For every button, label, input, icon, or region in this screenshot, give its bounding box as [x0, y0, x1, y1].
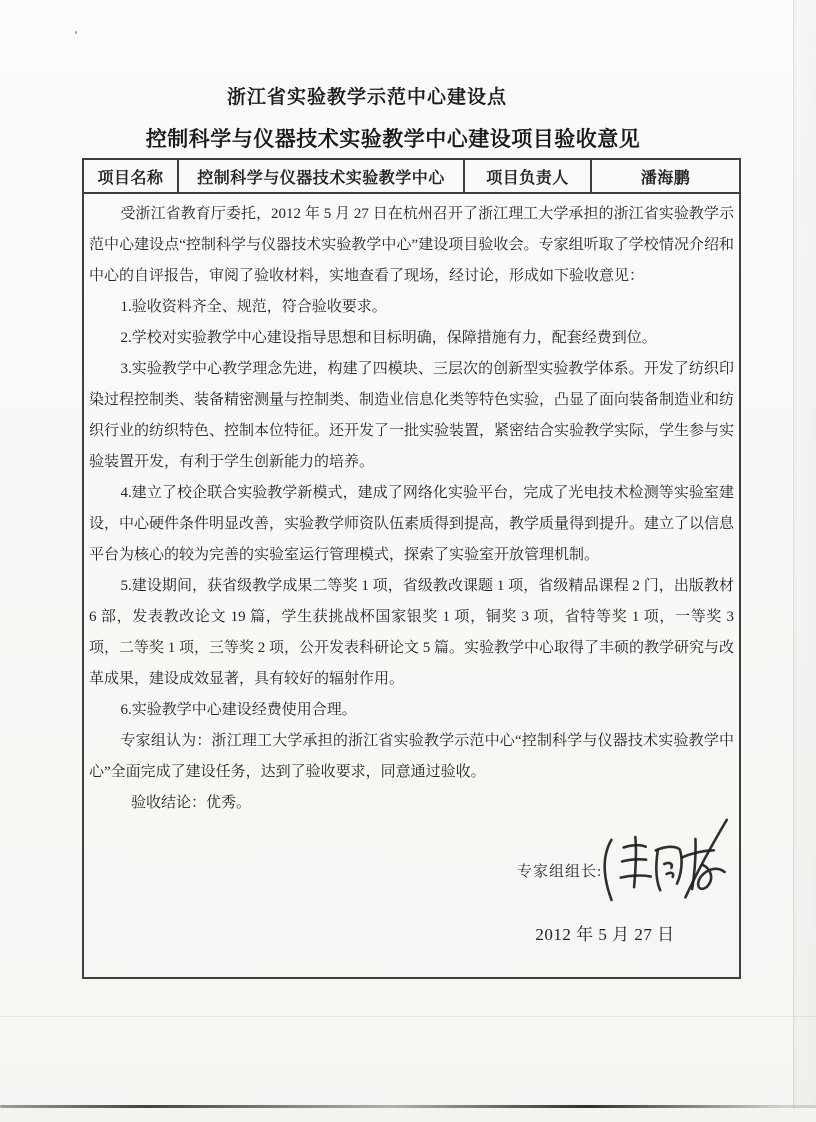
opinion-paragraph: 2.学校对实验教学中心建设指导思想和目标明确，保障措施有力，配套经费到位。 [89, 323, 734, 354]
opinion-paragraph: 专家组认为：浙江理工大学承担的浙江省实验教学示范中心“控制科学与仪器技术实验教学… [89, 726, 734, 788]
project-name-value: 控制科学与仪器技术实验教学中心 [178, 159, 464, 193]
project-leader-label: 项目负责人 [464, 159, 591, 193]
opinion-paragraph: 受浙江省教育厅委托，2012 年 5 月 27 日在杭州召开了浙江理工大学承担的… [89, 199, 734, 292]
scan-speck [75, 31, 77, 34]
date-line: 2012 年 5 月 27 日 [500, 920, 710, 945]
expert-group-leader-label: 专家组组长: [517, 860, 602, 881]
scanner-background-strip [0, 1108, 816, 1122]
opinion-paragraph: 3.实验教学中心教学理念先进，构建了四模块、三层次的创新型实验教学体系。开发了纺… [89, 354, 734, 478]
opinion-text-block: 受浙江省教育厅委托，2012 年 5 月 27 日在杭州召开了浙江理工大学承担的… [89, 199, 734, 819]
document-title-line2: 控制科学与仪器技术实验教学中心建设项目验收意见 [82, 123, 704, 153]
opinion-paragraph: 5.建设期间，获省级教学成果二等奖 1 项，省级教改课题 1 项，省级精品课程 … [89, 571, 734, 695]
opinion-paragraph: 6.实验教学中心建设经费使用合理。 [89, 695, 734, 726]
table-header-row: 项目名称 控制科学与仪器技术实验教学中心 项目负责人 潘海鹏 [83, 159, 740, 193]
project-leader-value: 潘海鹏 [591, 159, 740, 193]
right-paper-edge [793, 0, 816, 1108]
handwritten-signature [596, 810, 736, 902]
opinion-paragraph: 1.验收资料齐全、规范，符合验收要求。 [89, 292, 734, 323]
project-name-label: 项目名称 [83, 159, 178, 193]
opinion-paragraph: 4.建立了校企联合实验教学新模式，建成了网络化实验平台，完成了光电技术检测等实验… [89, 478, 734, 571]
paper-crease [0, 1016, 816, 1017]
scanned-document-page: 浙江省实验教学示范中心建设点 控制科学与仪器技术实验教学中心建设项目验收意见 项… [0, 0, 816, 1122]
document-title-line1: 浙江省实验教学示范中心建设点 [97, 82, 637, 109]
